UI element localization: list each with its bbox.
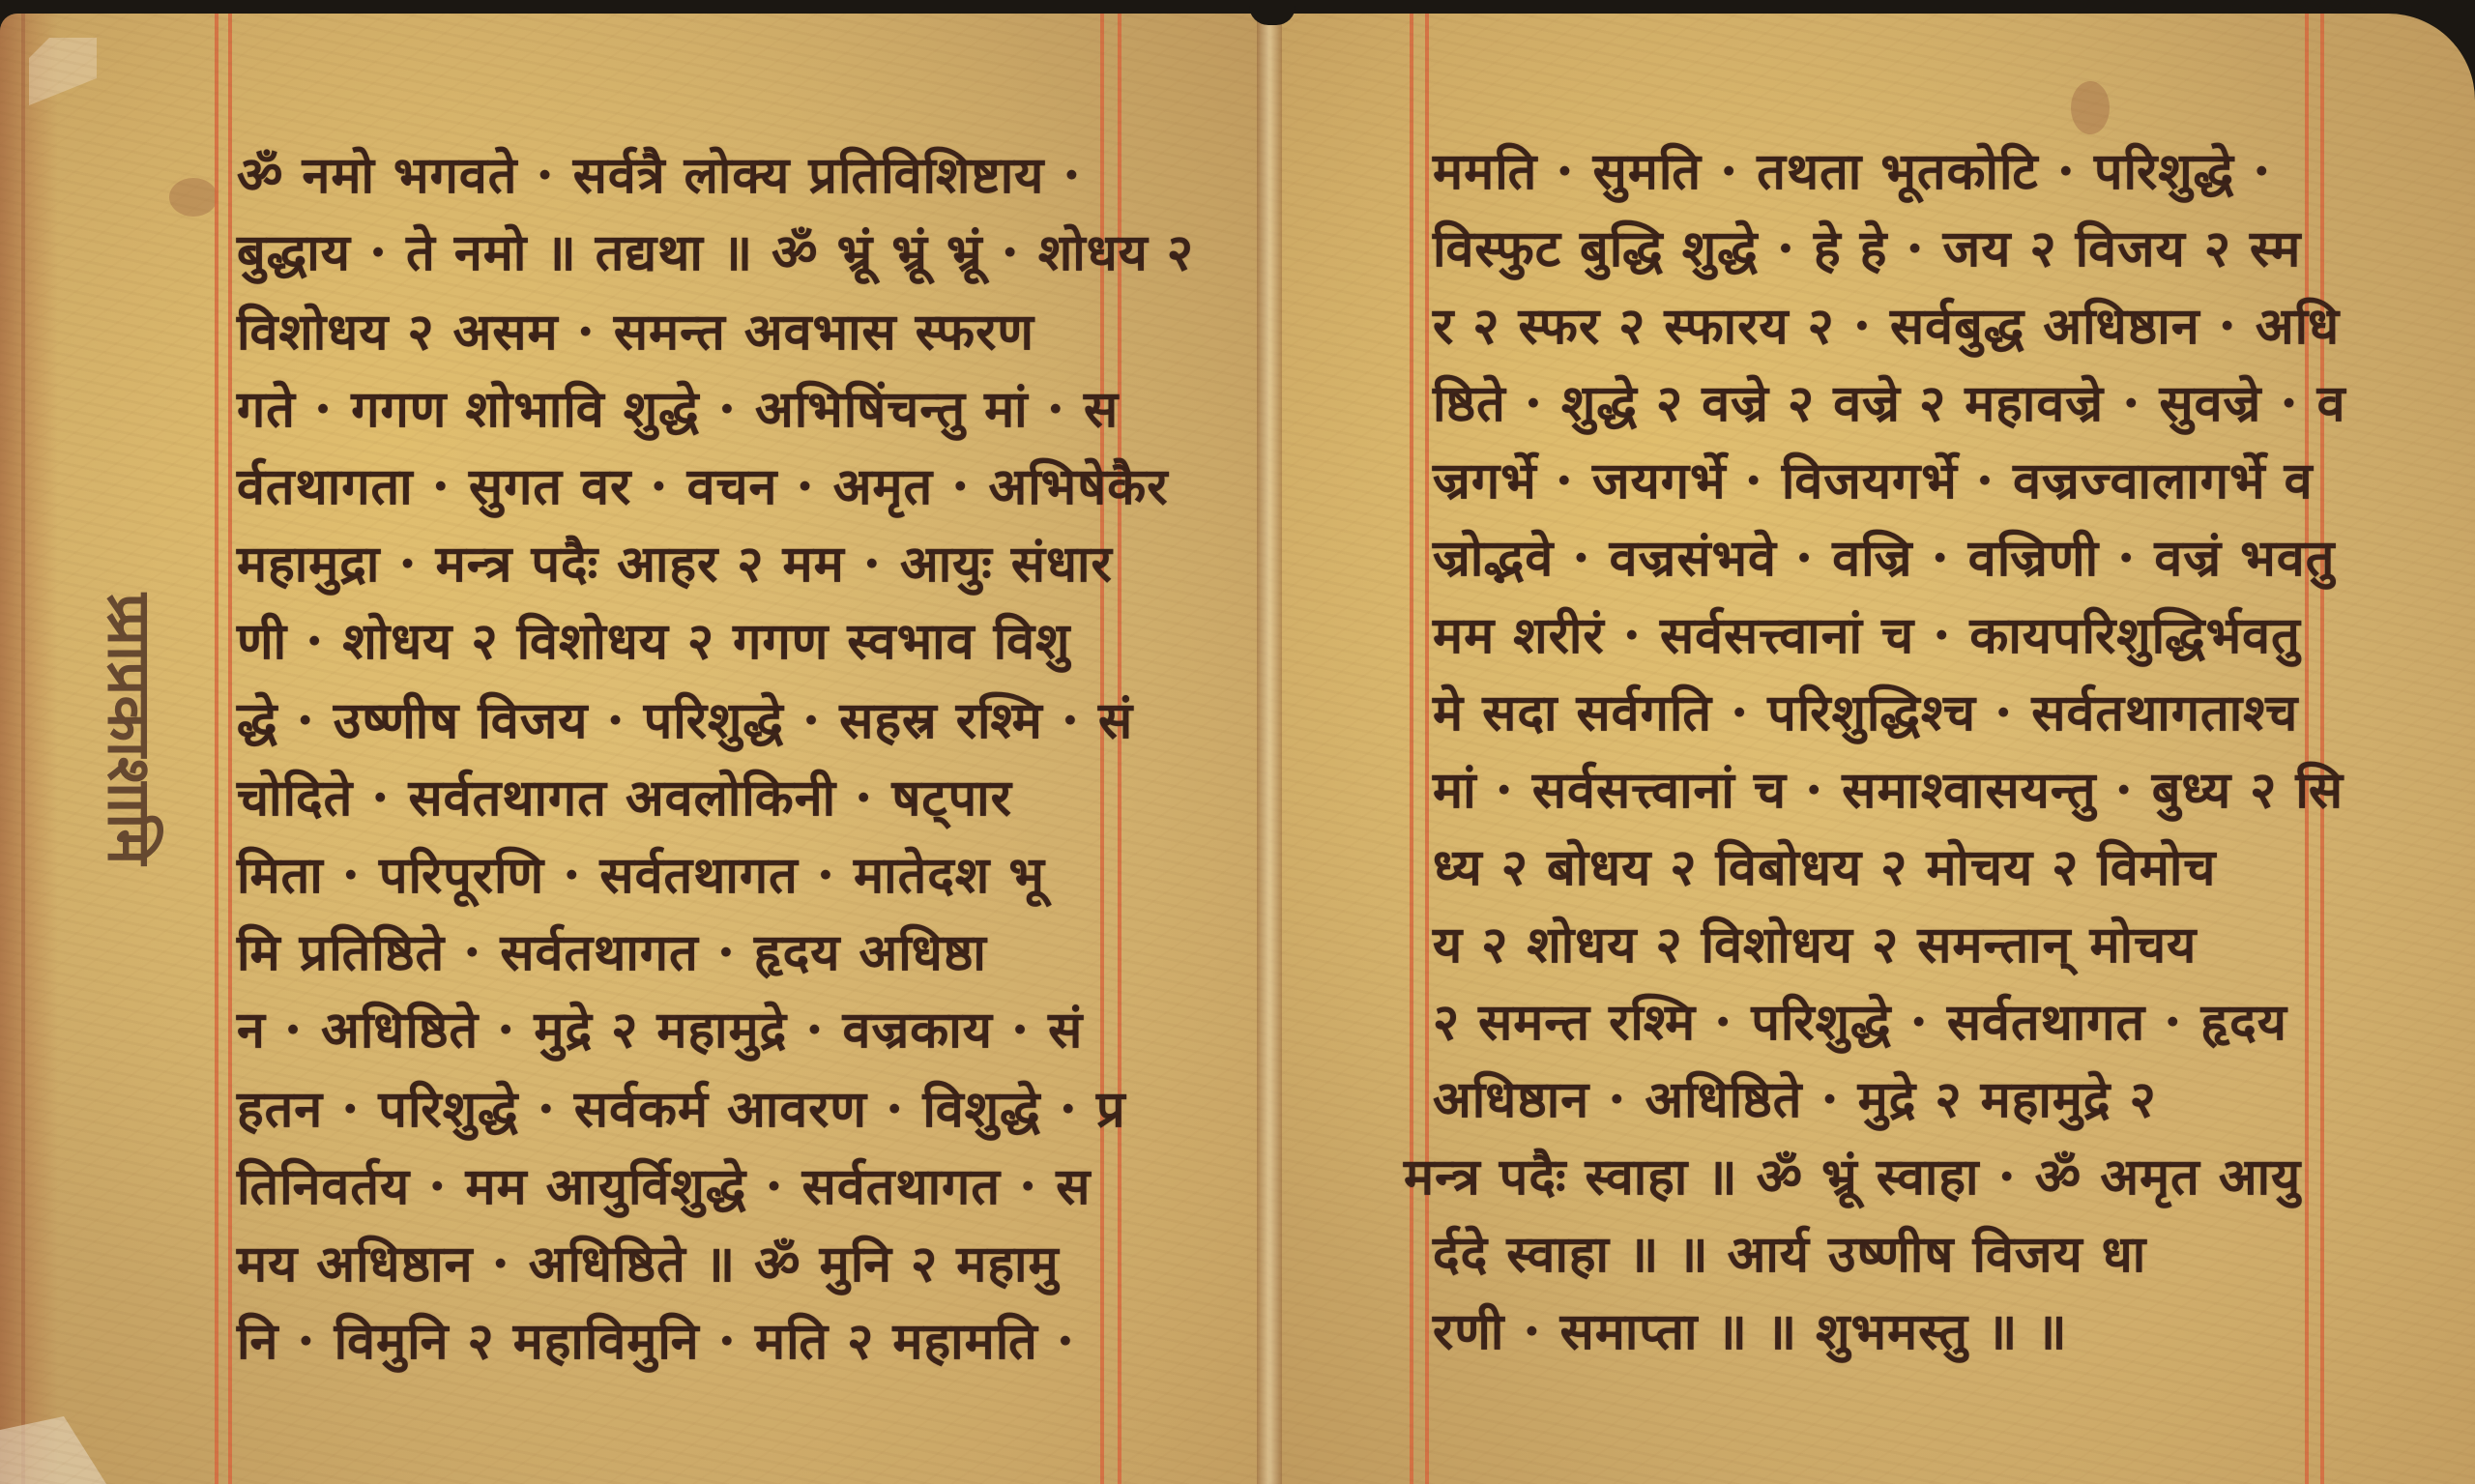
top-left-corner-tear [29, 38, 97, 105]
text-line: ॐ नमो भगवते · सर्वत्रै लोक्य प्रतिविशिष्… [237, 145, 1082, 207]
text-line: ममति · सुमति · तथता भूतकोटि · परिशुद्धे … [1433, 141, 2271, 203]
paper-stain [169, 178, 218, 217]
left-page-ruling-line [228, 14, 232, 1484]
text-line: मन्त्र पदैः स्वाहा ॥ ॐ भ्रूं स्वाहा · ॐ … [1404, 1147, 2301, 1208]
text-line: र २ स्फर २ स्फारय २ · सर्वबुद्ध अधिष्ठान… [1433, 296, 2340, 358]
text-line: णी · शोधय २ विशोधय २ गगण स्वभाव विशु [237, 611, 1070, 673]
text-line: ष्ठिते · शुद्धे २ वज्रे २ वज्रे २ महावज्… [1433, 373, 2346, 435]
text-line: मिता · परिपूरणि · सर्वतथागत · मातेदश भू [237, 845, 1045, 907]
text-line: र्वतथागता · सुगत वर · वचन · अमृत · अभिषे… [237, 456, 1169, 518]
text-line: मे सदा सर्वगति · परिशुद्धिश्च · सर्वतथाग… [1433, 683, 2298, 744]
text-line: मम शरीरं · सर्वसत्त्वानां च · कायपरिशुद्… [1433, 605, 2301, 667]
left-page-worn-edge [0, 14, 58, 1484]
text-line: नि · विमुनि २ महाविमुनि · मति २ महामति · [237, 1311, 1075, 1373]
left-page-ruling-line [215, 14, 218, 1484]
right-page-ruling-line [1410, 14, 1413, 1484]
right-page-ruling-line [1425, 14, 1429, 1484]
left-page-text: ॐ नमो भगवते · सर्वत्रै लोक्य प्रतिविशिष्… [237, 14, 1097, 1464]
right-page-ruling-line [2305, 14, 2309, 1484]
text-line: बुद्धाय · ते नमो ॥ तद्यथा ॥ ॐ भ्रूं भ्रू… [237, 222, 1194, 284]
left-page-binding-line [21, 14, 25, 1484]
text-line: मि प्रतिष्ठिते · सर्वतथागत · हृदय अधिष्ठ… [237, 922, 987, 984]
margin-annotation-text: प्र्प्राप्रकाशामि [90, 594, 171, 865]
text-line: विशोधय २ असम · समन्त अवभास स्फरण [237, 302, 1034, 364]
text-line: गते · गगण शोभावि शुद्धे · अभिषिंचन्तु मा… [237, 379, 1119, 441]
text-line: महामुद्रा · मन्त्र पदैः आहर २ मम · आयुः … [237, 534, 1113, 596]
text-line: रणी · समाप्ता ॥ ॥ शुभमस्तु ॥ ॥ [1433, 1301, 2067, 1363]
bottom-left-fold [0, 1416, 106, 1484]
right-page: ममति · सुमति · तथता भूतकोटि · परिशुद्धे … [1268, 14, 2475, 1484]
text-line: ध्य २ बोधय २ विबोधय २ मोचय २ विमोच [1433, 837, 2216, 899]
text-line: र्ददे स्वाहा ॥ ॥ आर्य उष्णीष विजय धा [1433, 1224, 2146, 1286]
text-line: हतन · परिशुद्धे · सर्वकर्म आवरण · विशुद्… [237, 1079, 1126, 1141]
text-line: तिनिवर्तय · मम आयुर्विशुद्धे · सर्वतथागत… [237, 1156, 1091, 1218]
left-page: प्र्प्राप्रकाशामि ॐ नमो भगवते · सर्वत्रै… [0, 14, 1268, 1484]
right-page-text: ममति · सुमति · तथता भूतकोटि · परिशुद्धे … [1433, 14, 2303, 1464]
text-line: मय अधिष्ठान · अधिष्ठिते ॥ ॐ मुनि २ महामु [237, 1234, 1060, 1295]
text-line: न · अधिष्ठिते · मुद्रे २ महामुद्रे · वज्… [237, 1000, 1083, 1062]
text-line: २ समन्त रश्मि · परिशुद्धे · सर्वतथागत · … [1433, 992, 2287, 1054]
book-spine-fold [1257, 14, 1282, 1484]
manuscript-photo: प्र्प्राप्रकाशामि ॐ नमो भगवते · सर्वत्रै… [0, 0, 2475, 1484]
text-line: ज्रगर्भे · जयगर्भे · विजयगर्भे · वज्रज्व… [1433, 451, 2314, 512]
text-line: मां · सर्वसत्त्वानां च · समाश्वासयन्तु ·… [1433, 760, 2344, 822]
text-line: अधिष्ठान · अधिष्ठिते · मुद्रे २ महामुद्र… [1433, 1069, 2157, 1131]
text-line: द्धे · उष्णीष विजय · परिशुद्धे · सहस्र र… [237, 690, 1133, 752]
text-line: विस्फुट बुद्धि शुद्धे · हे हे · जय २ विज… [1433, 218, 2301, 280]
margin-annotation: प्र्प्राप्रकाशामि [77, 381, 184, 1077]
text-line: ज्रोद्भवे · वज्रसंभवे · वज्रि · वज्रिणी … [1433, 528, 2335, 590]
text-line: य २ शोधय २ विशोधय २ समन्तान् मोचय [1433, 915, 2197, 976]
text-line: चोदिते · सर्वतथागत अवलोकिनी · षट्पार [237, 768, 1012, 829]
right-page-ruling-line [2320, 14, 2324, 1484]
